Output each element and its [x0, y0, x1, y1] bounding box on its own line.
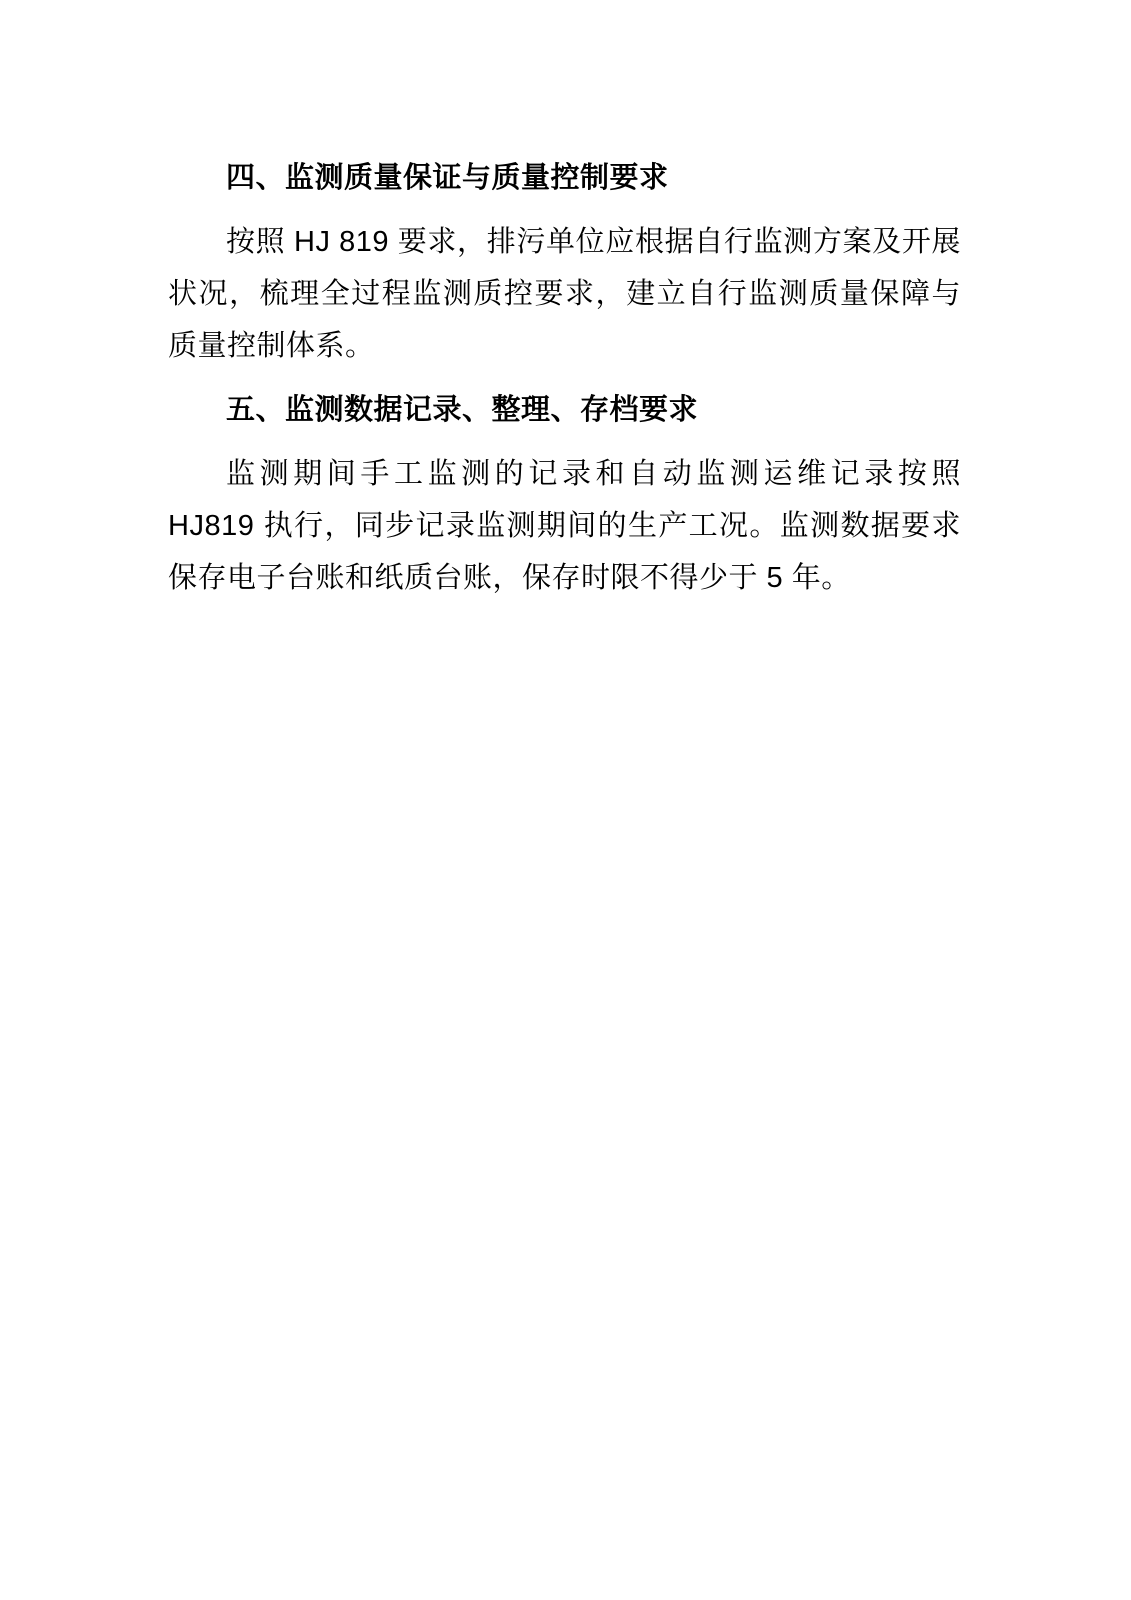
section-heading-5: 五、监测数据记录、整理、存档要求 [168, 384, 961, 436]
section-paragraph-4: 按照 HJ 819 要求，排污单位应根据自行监测方案及开展状况，梳理全过程监测质… [168, 216, 961, 372]
section-paragraph-5: 监测期间手工监测的记录和自动监测运维记录按照 HJ819 执行，同步记录监测期间… [168, 448, 961, 604]
section-data-records: 五、监测数据记录、整理、存档要求 监测期间手工监测的记录和自动监测运维记录按照 … [168, 384, 961, 604]
section-quality-control: 四、监测质量保证与质量控制要求 按照 HJ 819 要求，排污单位应根据自行监测… [168, 152, 961, 372]
document-page: 四、监测质量保证与质量控制要求 按照 HJ 819 要求，排污单位应根据自行监测… [0, 0, 1131, 1600]
section-heading-4: 四、监测质量保证与质量控制要求 [168, 152, 961, 204]
